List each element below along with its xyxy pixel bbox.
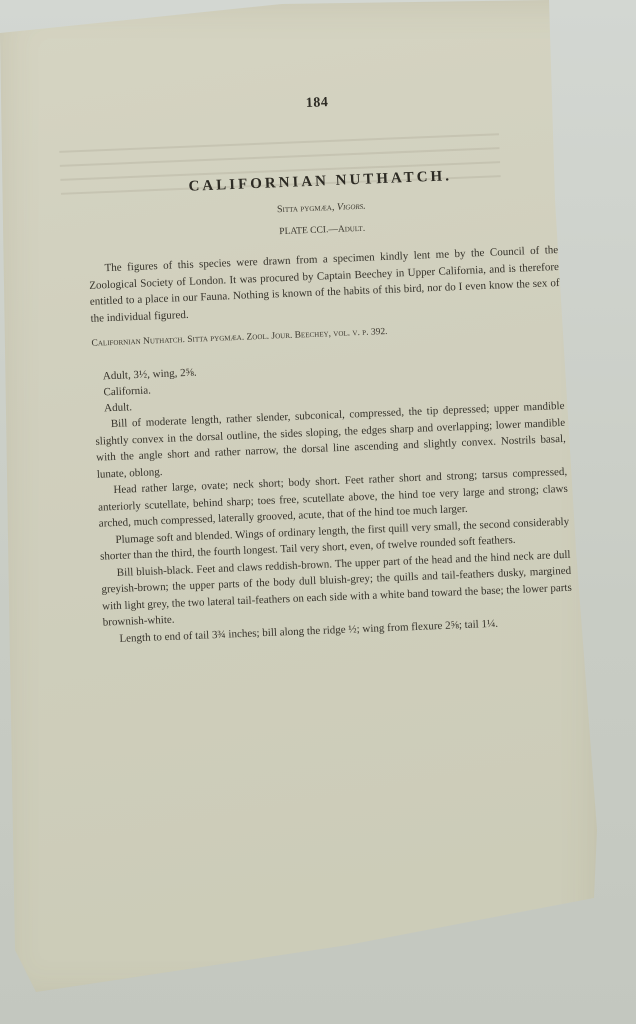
plate-label: PLATE CCI.—Adult. bbox=[87, 216, 557, 245]
binomial-authority: Vigors. bbox=[337, 201, 366, 213]
page-title: CALIFORNIAN NUTHATCH. bbox=[85, 164, 555, 200]
citation-line: Californian Nuthatch. Sitta pygmæa. Zool… bbox=[91, 320, 561, 349]
binomial-name: Sitta pygmæa, bbox=[277, 202, 335, 215]
page-content: 184 CALIFORNIAN NUTHATCH. Sitta pygmæa, … bbox=[82, 86, 573, 647]
intro-paragraph: The figures of this species were drawn f… bbox=[88, 242, 560, 327]
